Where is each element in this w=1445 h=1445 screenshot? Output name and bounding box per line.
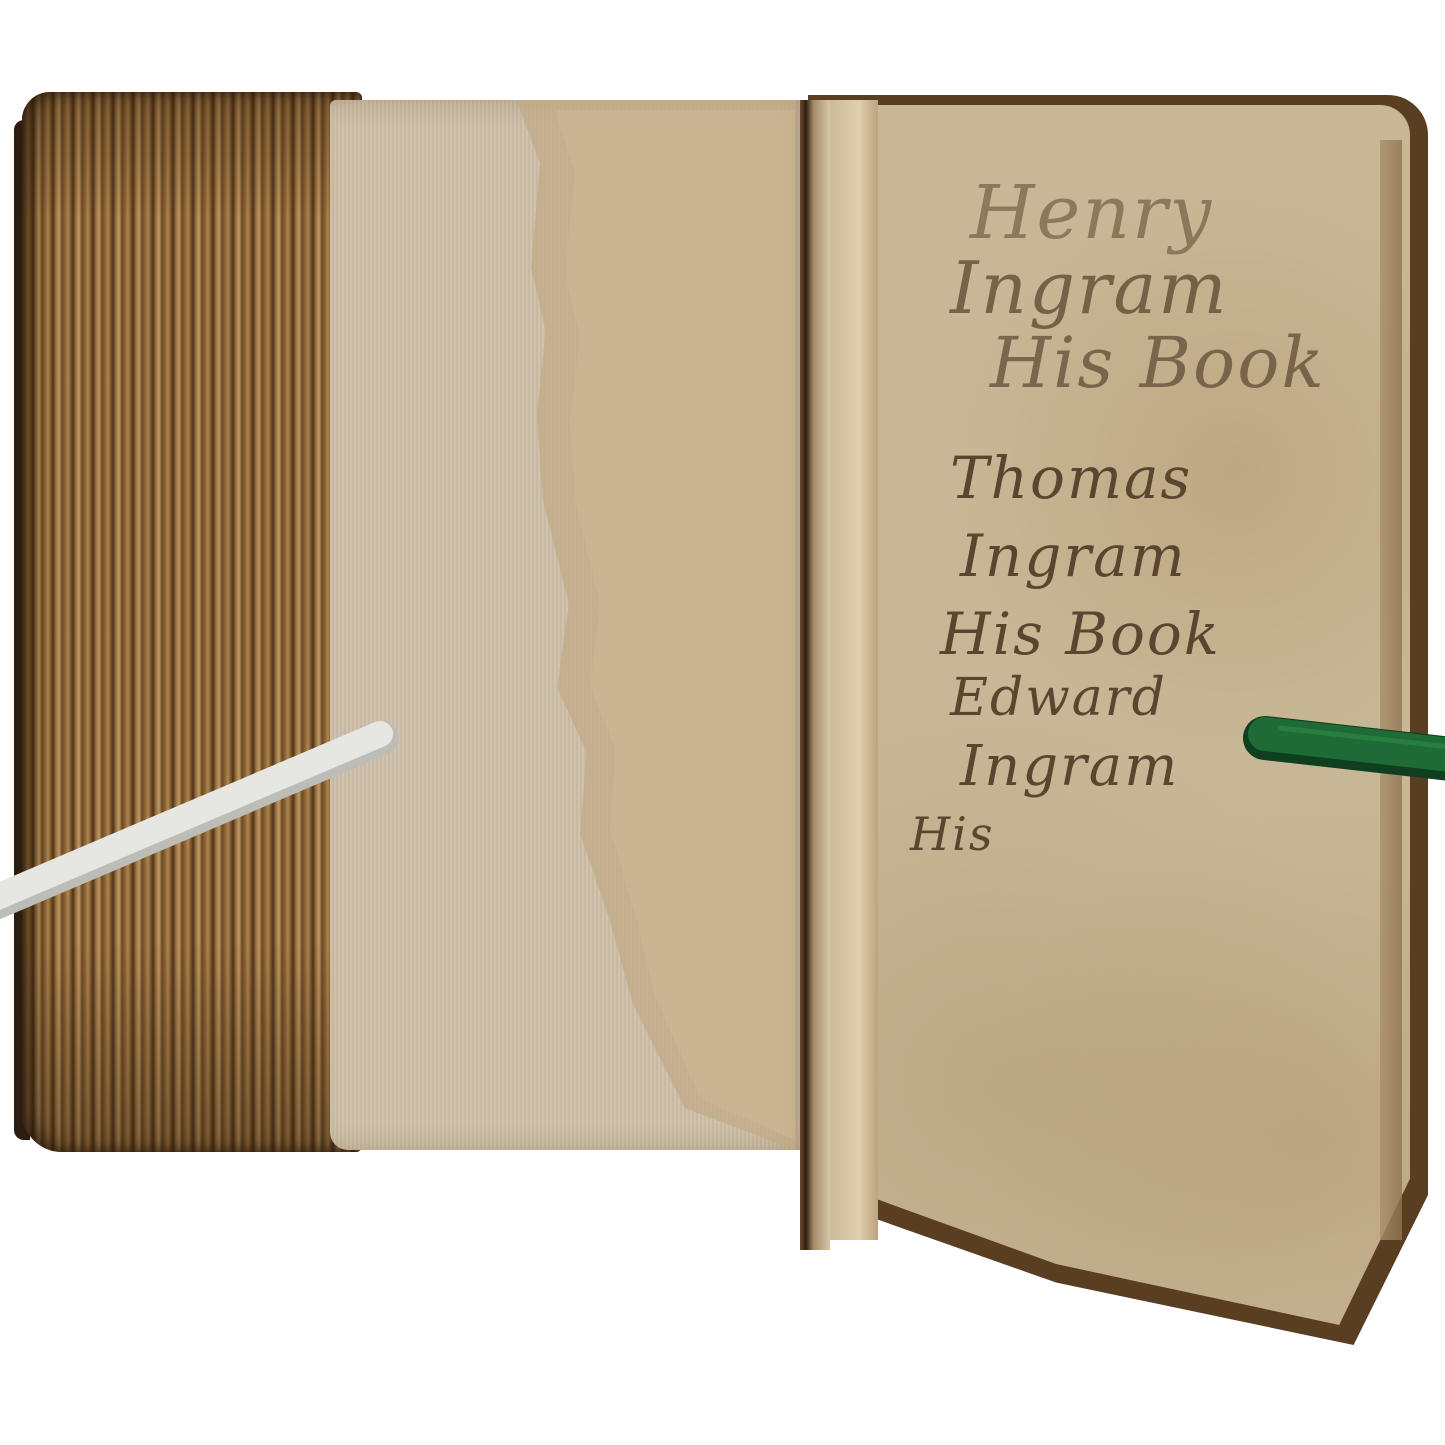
white-rod-icon	[0, 734, 382, 905]
green-rod-icon	[1265, 728, 1445, 760]
page-holder-props	[0, 0, 1445, 1445]
